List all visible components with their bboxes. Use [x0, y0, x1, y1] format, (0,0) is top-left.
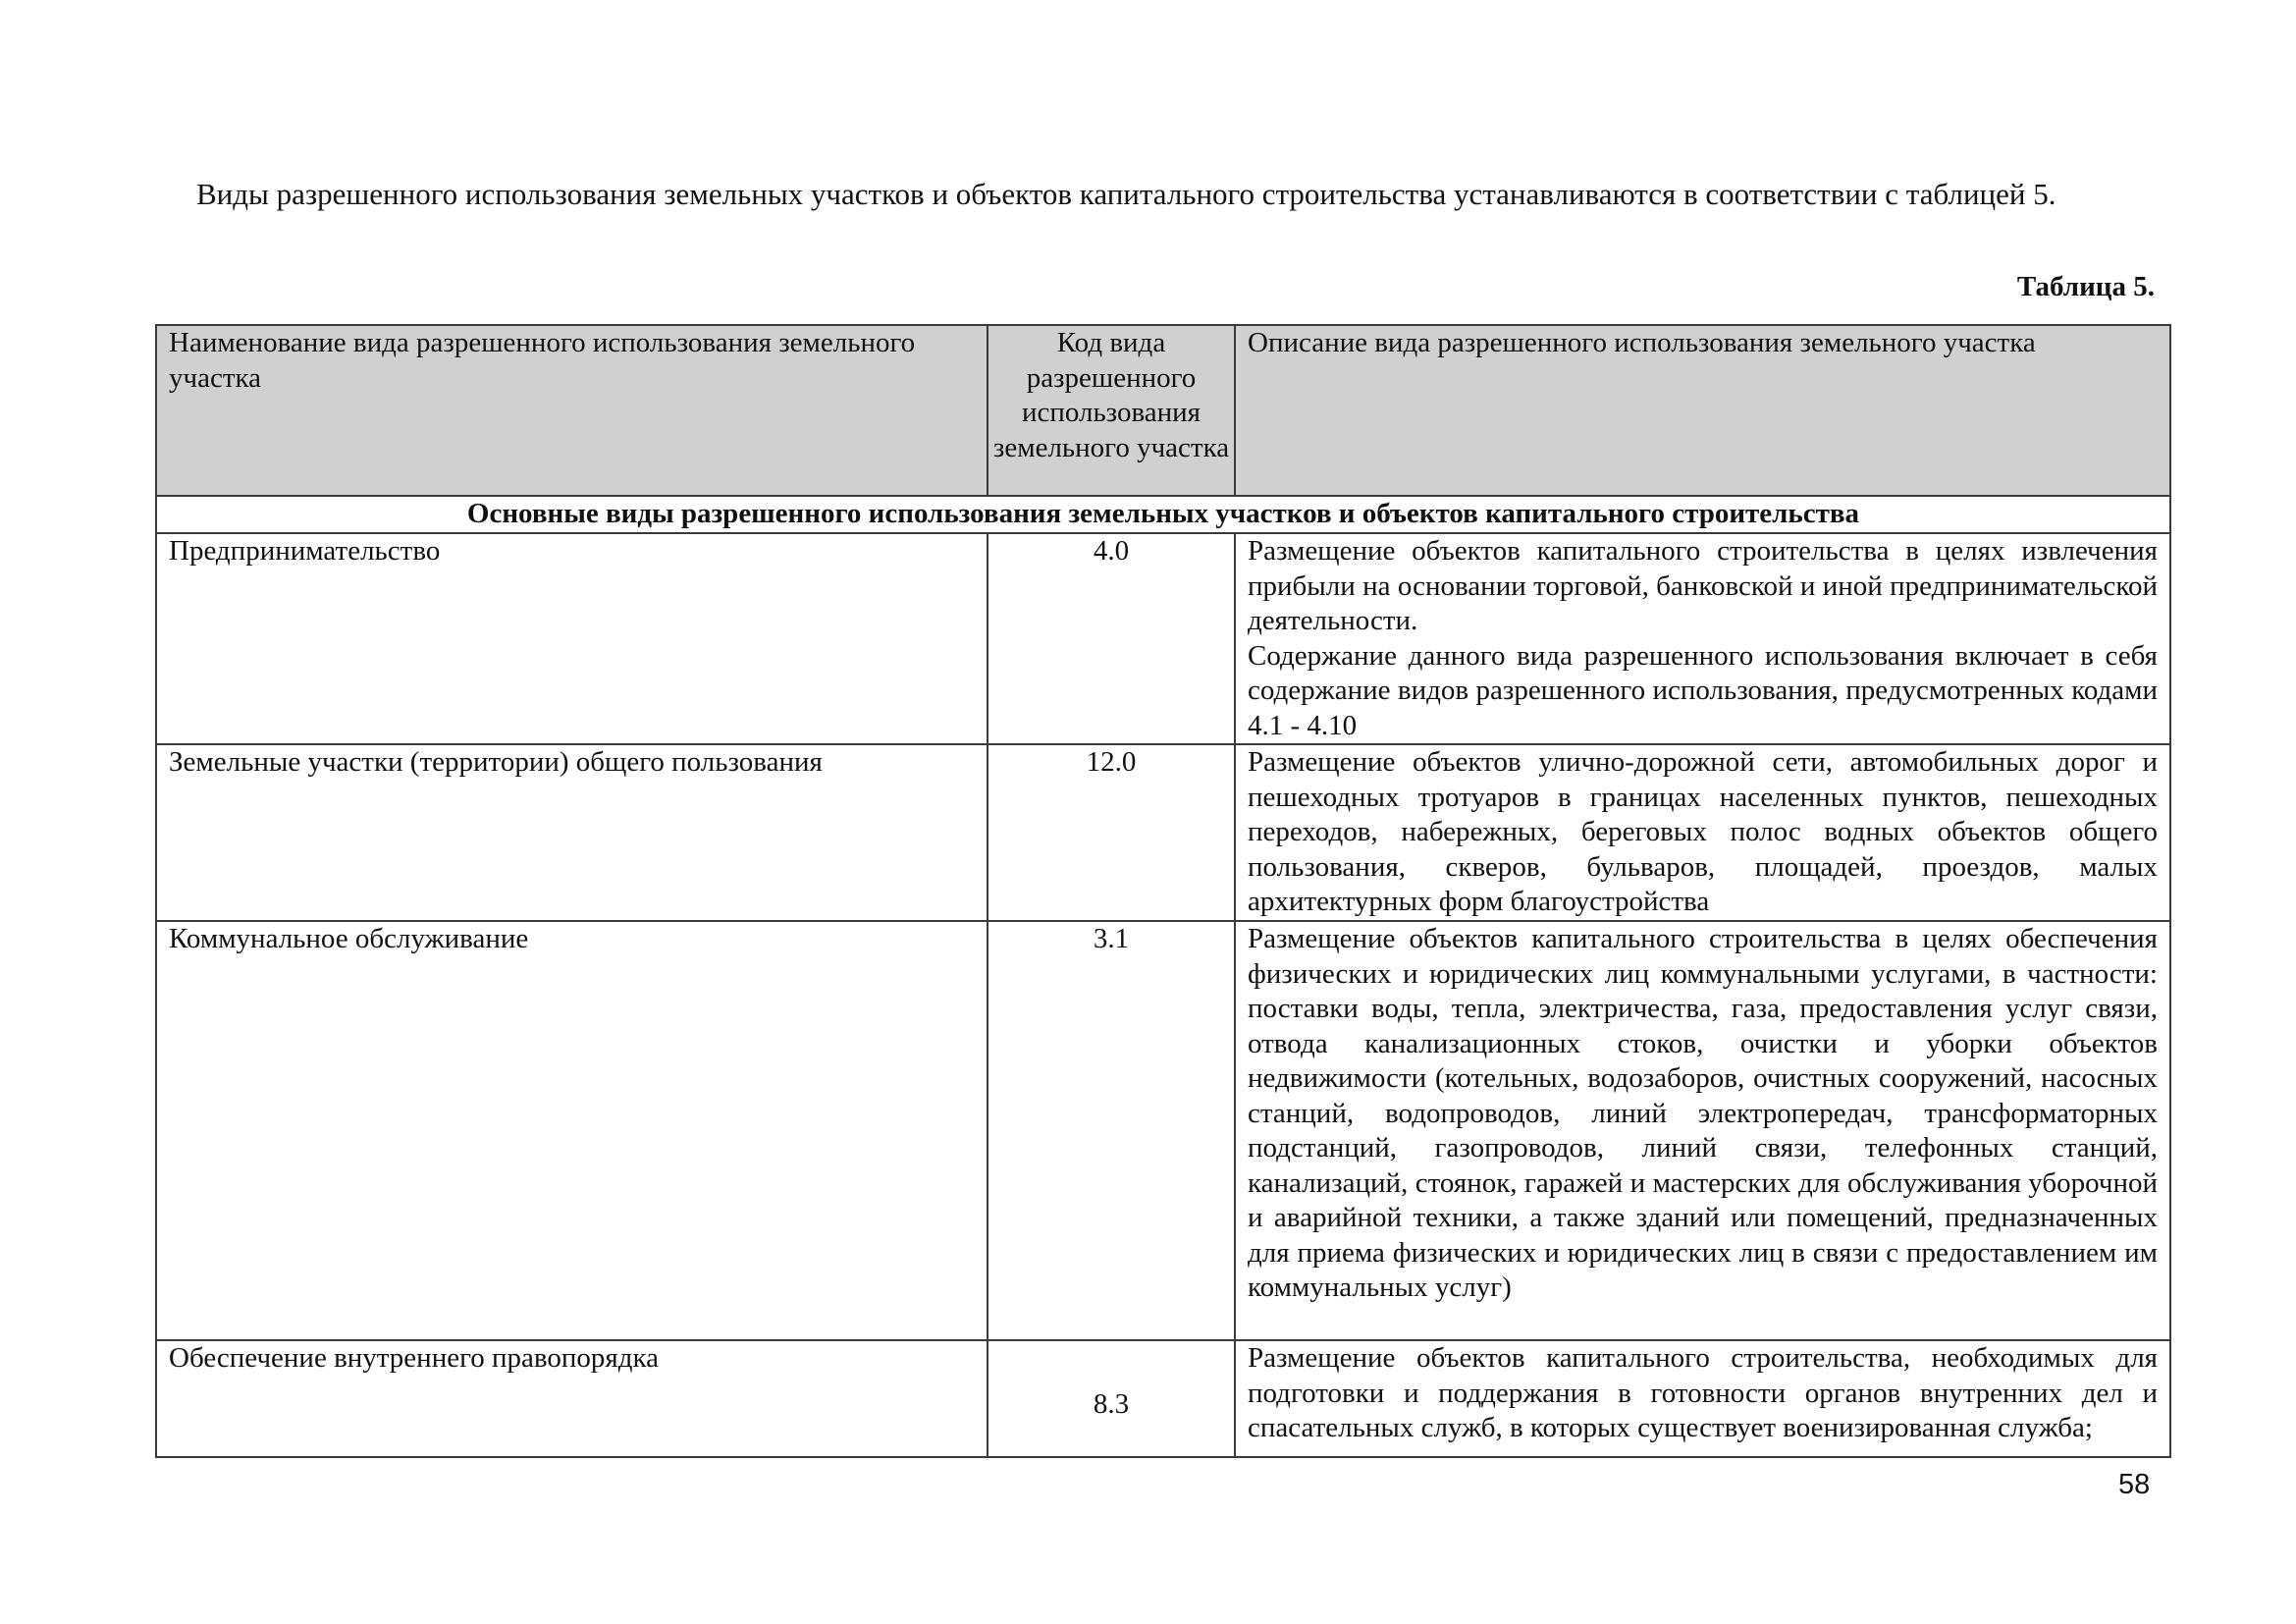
use-name: Предпринимательство [156, 533, 988, 744]
header-name: Наименование вида разрешенного использов… [156, 325, 988, 496]
table-row: Предпринимательство 4.0 Размещение объек… [156, 533, 2170, 744]
intro-paragraph: Виды разрешенного использования земельны… [96, 173, 2155, 216]
table-header-row: Наименование вида разрешенного использов… [156, 325, 2170, 496]
description-paragraph: Содержание данного вида разрешенного исп… [1248, 639, 2158, 744]
use-code: 8.3 [988, 1340, 1235, 1457]
table-caption: Таблица 5. [2017, 271, 2155, 303]
use-name: Земельные участки (территории) общего по… [156, 744, 988, 921]
use-description: Размещение объектов улично-дорожной сети… [1235, 744, 2170, 921]
page-number: 58 [2118, 1469, 2150, 1501]
table-row: Обеспечение внутреннего правопорядка 8.3… [156, 1340, 2170, 1457]
use-description: Размещение объектов капитального строите… [1235, 921, 2170, 1340]
land-use-table: Наименование вида разрешенного использов… [155, 324, 2171, 1458]
use-description: Размещение объектов капитального строите… [1235, 1340, 2170, 1457]
description-paragraph: Размещение объектов капитального строите… [1248, 1341, 2158, 1446]
description-paragraph: Размещение объектов капитального строите… [1248, 922, 2158, 1306]
use-name: Коммунальное обслуживание [156, 921, 988, 1340]
use-code: 12.0 [988, 744, 1235, 921]
table-row: Коммунальное обслуживание 3.1 Размещение… [156, 921, 2170, 1340]
section-row: Основные виды разрешенного использования… [156, 496, 2170, 533]
header-code: Код вида разрешенного использования земе… [988, 325, 1235, 496]
description-paragraph: Размещение объектов капитального строите… [1248, 534, 2158, 639]
use-description: Размещение объектов капитального строите… [1235, 533, 2170, 744]
use-name: Обеспечение внутреннего правопорядка [156, 1340, 988, 1457]
description-paragraph: Размещение объектов улично-дорожной сети… [1248, 745, 2158, 920]
table-row: Земельные участки (территории) общего по… [156, 744, 2170, 921]
header-description: Описание вида разрешенного использования… [1235, 325, 2170, 496]
section-title: Основные виды разрешенного использования… [156, 496, 2170, 533]
use-code: 4.0 [988, 533, 1235, 744]
use-code: 3.1 [988, 921, 1235, 1340]
